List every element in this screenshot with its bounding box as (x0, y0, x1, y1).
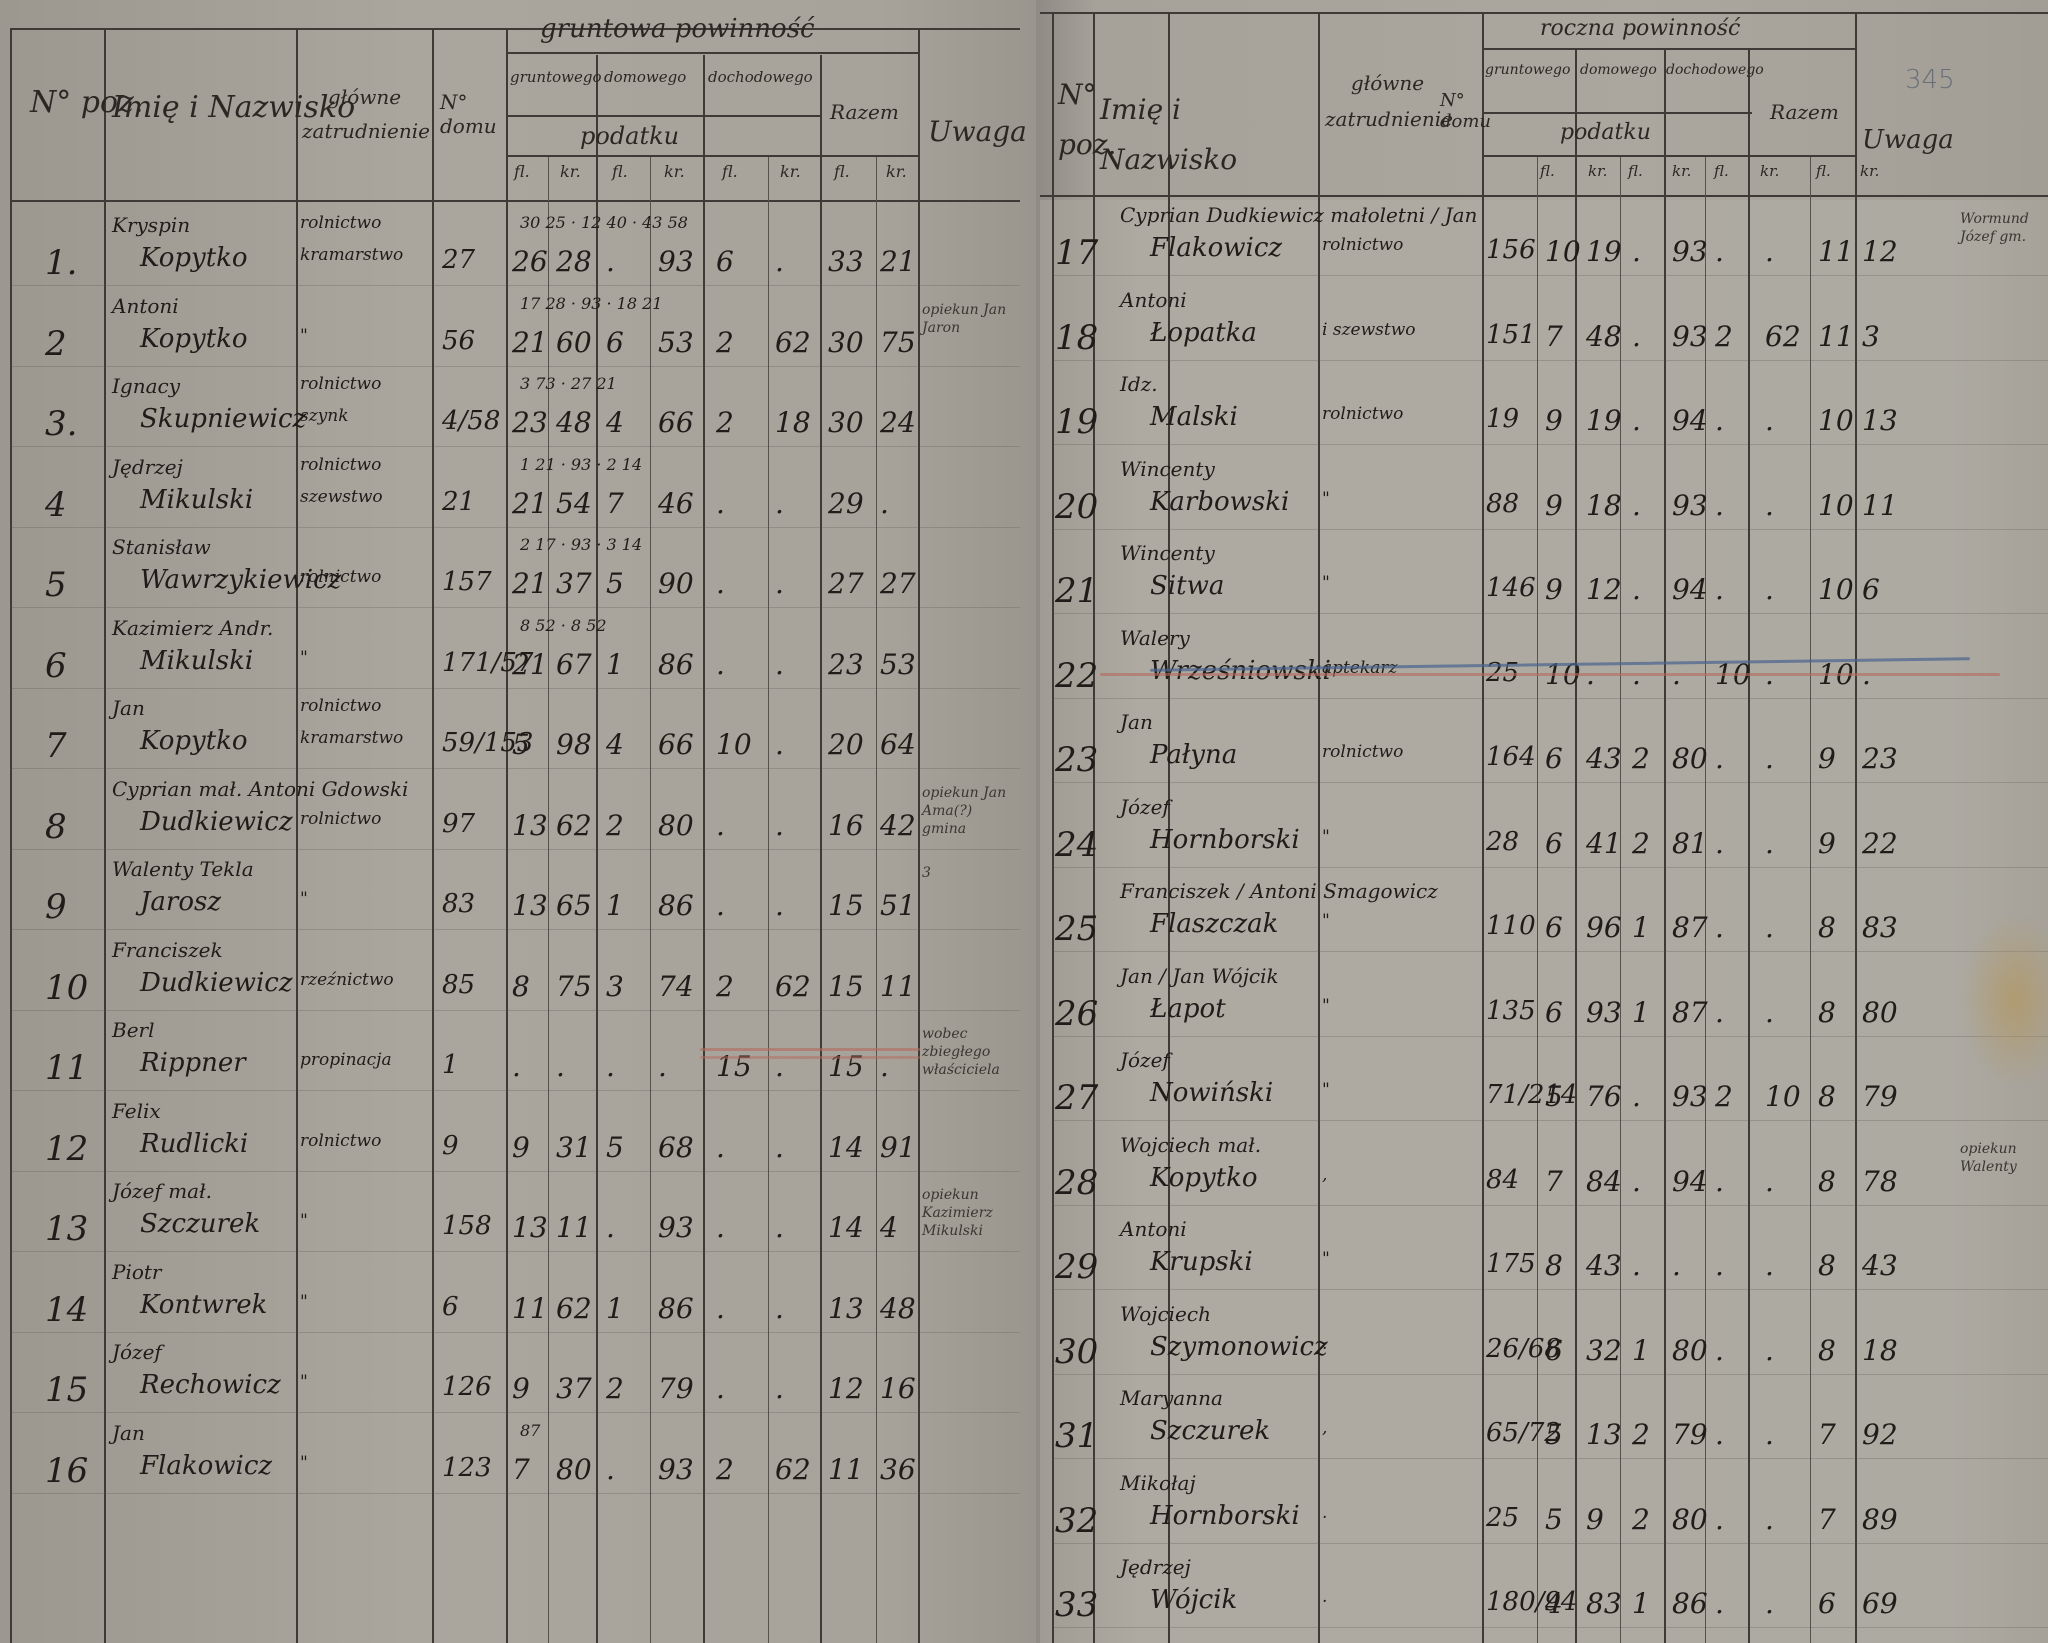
income-tax-kr: . (775, 728, 784, 761)
occupation: szewstwo (300, 487, 383, 507)
first-name: Józef mał. (112, 1179, 212, 1203)
house-number: 175 (1486, 1249, 1536, 1279)
land-tax-kr: 60 (556, 326, 592, 359)
total-fl: 7 (1818, 1503, 1836, 1536)
house-number: 1 (442, 1050, 459, 1080)
income-tax-fl: . (716, 567, 725, 600)
header-kr: kr. (1760, 162, 1779, 180)
income-tax-fl: . (1715, 573, 1724, 606)
land-tax-kr: 37 (556, 1372, 592, 1405)
land-tax-fl: 5 (1545, 1418, 1563, 1451)
total-fl: 7 (1818, 1418, 1836, 1451)
occupation: " (1322, 573, 1330, 593)
total-kr: 11 (880, 970, 916, 1003)
land-tax-fl: 13 (512, 1211, 548, 1244)
surname: Mikulski (140, 646, 253, 676)
total-fl: 30 (828, 406, 864, 439)
header-gruntowego: gruntowego (1485, 62, 1570, 78)
total-kr: . (880, 487, 889, 520)
house-tax-fl: . (606, 1050, 615, 1083)
income-tax-kr: . (775, 809, 784, 842)
land-tax-fl: 9 (1545, 573, 1563, 606)
land-tax-kr: 12 (1586, 573, 1622, 606)
header-occupation: główne zatrudnienie (302, 80, 427, 148)
first-name: Wincenty (1120, 457, 1215, 481)
row-rule (10, 446, 1020, 447)
house-tax-kr: 79 (658, 1372, 694, 1405)
house-number: 156 (1486, 235, 1536, 265)
occupation: " (300, 1211, 308, 1231)
income-tax-kr: 18 (775, 406, 811, 439)
surname: Pałyna (1150, 740, 1237, 770)
surname: Szczurek (140, 1209, 260, 1239)
row-rule (1052, 782, 2048, 783)
house-tax-kr: 68 (658, 1131, 694, 1164)
land-tax-fl: 6 (1545, 911, 1563, 944)
first-name: Franciszek / Antoni Smagowicz (1120, 879, 1438, 903)
row-rule (10, 1171, 1020, 1172)
header-fl: fl. (1540, 162, 1555, 180)
house-tax-kr: 93 (658, 245, 694, 278)
house-tax-fl: 2 (606, 1372, 624, 1405)
row-rule (1052, 1543, 2048, 1544)
land-tax-kr: 84 (1586, 1165, 1622, 1198)
income-tax-fl: . (1715, 1418, 1724, 1451)
house-tax-kr: 86 (658, 889, 694, 922)
land-tax-kr: 13 (1586, 1418, 1622, 1451)
house-number: 151 (1486, 320, 1536, 350)
total-fl: 8 (1818, 996, 1836, 1029)
row-rule (1052, 867, 2048, 868)
house-number: 88 (1486, 489, 1519, 519)
house-tax-fl: 1 (606, 889, 624, 922)
income-tax-fl: . (716, 1211, 725, 1244)
total-kr: 89 (1862, 1503, 1898, 1536)
row-number: 8 (45, 807, 67, 847)
house-number: 27 (442, 245, 475, 275)
remark-note: wobec zbiegłego właściciela (922, 1025, 1017, 1079)
surname: Wójcik (1150, 1585, 1237, 1615)
header-fl: fl. (722, 162, 738, 181)
row-number: 28 (1055, 1163, 1098, 1203)
total-kr: 83 (1862, 911, 1898, 944)
header-house-nr: N° domu (440, 90, 502, 138)
header-group-title: roczna powinność (1540, 16, 1740, 41)
row-rule (1052, 1036, 2048, 1037)
total-fl: 6 (1818, 1587, 1836, 1620)
land-tax-fl: 10 (1545, 235, 1581, 268)
house-number: 9 (442, 1131, 459, 1161)
land-tax-kr: 19 (1586, 404, 1622, 437)
income-tax-kr: . (1765, 996, 1774, 1029)
land-tax-kr: 37 (556, 567, 592, 600)
row-number: 14 (45, 1290, 88, 1330)
total-fl: 10 (1818, 573, 1854, 606)
occupation: " (300, 1292, 308, 1312)
first-name: Jan / Jan Wójcik (1120, 964, 1279, 988)
total-fl: 10 (1818, 489, 1854, 522)
income-tax-fl: 2 (716, 970, 734, 1003)
first-name: Cyprian Dudkiewicz małoletni / Jan (1120, 203, 1477, 227)
remark-note: opiekun Walenty (1960, 1140, 2048, 1176)
occupation: " (300, 889, 308, 909)
house-tax-kr: 94 (1672, 1165, 1708, 1198)
house-tax-kr: 80 (1672, 742, 1708, 775)
land-tax-kr: 28 (556, 245, 592, 278)
row-number: 12 (45, 1129, 88, 1169)
header-house-nr: N° domu (1440, 90, 1480, 132)
header-fl: fl. (1816, 162, 1831, 180)
header-fl: fl. (514, 162, 530, 181)
total-fl: 8 (1818, 1334, 1836, 1367)
house-tax-kr: 86 (1672, 1587, 1708, 1620)
surname: Kopytko (140, 324, 248, 354)
first-name: Idz. (1120, 372, 1158, 396)
row-rule (1052, 1458, 2048, 1459)
header-fl: fl. (834, 162, 850, 181)
total-kr: 69 (1862, 1587, 1898, 1620)
header-kr: kr. (1672, 162, 1691, 180)
row-rule (1052, 1627, 2048, 1628)
total-kr: 64 (880, 728, 916, 761)
house-tax-kr: 94 (1672, 573, 1708, 606)
red-pencil-strike (700, 1056, 920, 1059)
house-tax-fl: . (1632, 320, 1641, 353)
total-fl: 9 (1818, 827, 1836, 860)
land-tax-fl: 6 (1545, 827, 1563, 860)
land-tax-fl: 8 (512, 970, 530, 1003)
header-name: Imię i Nazwisko (1100, 85, 1260, 185)
surname: Kopytko (1150, 1163, 1258, 1193)
total-kr: 23 (1862, 742, 1898, 775)
header-kr: kr. (1860, 162, 1879, 180)
header-razem: Razem (1770, 100, 1839, 124)
land-tax-kr: 48 (556, 406, 592, 439)
land-tax-kr: 80 (556, 1453, 592, 1486)
occupation: " (1322, 1080, 1330, 1100)
surname: Flaszczak (1150, 909, 1278, 939)
land-tax-fl: 5 (512, 728, 530, 761)
land-tax-fl: 13 (512, 889, 548, 922)
surname: Kontwrek (140, 1290, 267, 1320)
total-kr: 43 (1862, 1249, 1898, 1282)
total-kr: 13 (1862, 404, 1898, 437)
land-tax-fl: 6 (1545, 996, 1563, 1029)
header-fl: fl. (612, 162, 628, 181)
income-tax-fl: . (1715, 1587, 1724, 1620)
row-rule (1052, 1374, 2048, 1375)
row-number: 13 (45, 1209, 88, 1249)
first-name: Kryspin (112, 213, 190, 237)
surname: Rippner (140, 1048, 246, 1078)
land-tax-kr: 65 (556, 889, 592, 922)
house-number: 84 (1486, 1165, 1519, 1195)
occupation: rolnictwo (1322, 742, 1403, 762)
first-name: Berl (112, 1018, 155, 1042)
house-tax-kr: 86 (658, 648, 694, 681)
total-kr: 3 (1862, 320, 1880, 353)
total-fl: 23 (828, 648, 864, 681)
total-fl: 11 (828, 1453, 864, 1486)
total-fl: 30 (828, 326, 864, 359)
land-tax-fl: 5 (1545, 1080, 1563, 1113)
surname: Skupniewicz (140, 404, 306, 434)
total-kr: 27 (880, 567, 916, 600)
income-tax-kr: . (1765, 404, 1774, 437)
header-kr: kr. (780, 162, 801, 181)
row-rule (10, 285, 1020, 286)
occupation: . (1322, 1503, 1327, 1523)
occupation-line1: rolnictwo (300, 213, 381, 233)
land-tax-kr: 32 (1586, 1334, 1622, 1367)
house-tax-fl: 1 (1632, 996, 1650, 1029)
occupation: " (1322, 1249, 1330, 1269)
land-tax-kr: 96 (1586, 911, 1622, 944)
occupation: rolnictwo (1322, 404, 1403, 424)
land-tax-fl: 7 (512, 1453, 530, 1486)
header-fl: fl. (1714, 162, 1729, 180)
row-number: 17 (1055, 233, 1098, 273)
land-tax-kr: 41 (1586, 827, 1622, 860)
surname: Hornborski (1150, 825, 1300, 855)
row-number: 6 (45, 646, 67, 686)
income-tax-kr: . (1765, 1165, 1774, 1198)
land-tax-fl: 9 (1545, 404, 1563, 437)
occupation: kramarstwo (300, 245, 403, 265)
income-tax-kr: 10 (1765, 1080, 1801, 1113)
total-fl: 14 (828, 1131, 864, 1164)
income-tax-fl: . (1715, 742, 1724, 775)
surname: Kopytko (140, 726, 248, 756)
row-rule (1052, 613, 2048, 614)
land-tax-kr: 76 (1586, 1080, 1622, 1113)
row-rule (10, 527, 1020, 528)
occupation-line1: rolnictwo (300, 374, 381, 394)
total-fl: 33 (828, 245, 864, 278)
row-number: 21 (1055, 571, 1098, 611)
total-fl: 9 (1818, 742, 1836, 775)
house-tax-kr: 93 (1672, 320, 1708, 353)
total-kr: 91 (880, 1131, 916, 1164)
row-rule (10, 768, 1020, 769)
surname: Krupski (1150, 1247, 1253, 1277)
row-rule (10, 366, 1020, 367)
row-rule (1052, 951, 2048, 952)
house-tax-fl: . (1632, 489, 1641, 522)
surname: Malski (1150, 402, 1238, 432)
occupation: rolnictwo (300, 1131, 381, 1151)
remark-note: opiekun Kazimierz Mikulski (922, 1186, 1017, 1240)
row-number: 18 (1055, 318, 1098, 358)
total-kr: 79 (1862, 1080, 1898, 1113)
total-kr: 36 (880, 1453, 916, 1486)
total-kr: 80 (1862, 996, 1898, 1029)
total-fl: 11 (1818, 320, 1854, 353)
row-number: 16 (45, 1451, 88, 1491)
header-fl: fl. (1628, 162, 1643, 180)
income-tax-fl: 2 (716, 326, 734, 359)
row-rule (10, 688, 1020, 689)
row-number: 19 (1055, 402, 1098, 442)
row-number: 3. (45, 404, 77, 444)
house-number: 135 (1486, 996, 1536, 1026)
house-tax-kr: 80 (658, 809, 694, 842)
first-name: Antoni (112, 294, 179, 318)
first-name: Franciszek (112, 938, 223, 962)
income-tax-kr: . (775, 889, 784, 922)
house-tax-fl: . (1632, 1165, 1641, 1198)
occupation: " (1322, 827, 1330, 847)
row-number: 32 (1055, 1501, 1098, 1541)
first-name: Jędrzej (1120, 1555, 1191, 1579)
row-rule (10, 1493, 1020, 1494)
house-number: 164 (1486, 742, 1536, 772)
income-tax-fl: . (1715, 1249, 1724, 1282)
first-name: Jan (112, 1421, 145, 1445)
land-tax-fl: 11 (512, 1292, 548, 1325)
header-domowego: domowego (1580, 62, 1657, 78)
house-tax-fl: 1 (606, 1292, 624, 1325)
house-tax-kr: 93 (1672, 489, 1708, 522)
land-tax-fl: 21 (512, 326, 548, 359)
land-tax-kr: 43 (1586, 742, 1622, 775)
house-tax-fl: 4 (606, 728, 624, 761)
house-tax-fl: . (1632, 1249, 1641, 1282)
surname: Szymonowicz (1150, 1332, 1328, 1362)
house-tax-kr: 66 (658, 728, 694, 761)
land-tax-fl: 7 (1545, 1165, 1563, 1198)
row-number: 31 (1055, 1416, 1098, 1456)
first-name: Piotr (112, 1260, 162, 1284)
total-kr: 21 (880, 245, 916, 278)
row-number: 27 (1055, 1078, 1098, 1118)
house-number: 85 (442, 970, 475, 1000)
income-tax-fl: 6 (716, 245, 734, 278)
income-tax-kr: . (1765, 573, 1774, 606)
occupation: rolnictwo (300, 809, 381, 829)
total-fl: 11 (1818, 235, 1854, 268)
total-kr: 53 (880, 648, 916, 681)
land-tax-fl: . (512, 1050, 521, 1083)
row-number: 24 (1055, 825, 1098, 865)
land-tax-fl: 6 (1545, 1334, 1563, 1367)
total-fl: 16 (828, 809, 864, 842)
land-tax-kr: 54 (556, 487, 592, 520)
occupation-line1: rolnictwo (300, 455, 381, 475)
remark-note: opiekun Jan Ama(?) gmina (922, 784, 1017, 838)
land-tax-kr: 62 (556, 1292, 592, 1325)
total-kr: 92 (1862, 1418, 1898, 1451)
first-name: Felix (112, 1099, 161, 1123)
surname: Hornborski (1150, 1501, 1300, 1531)
remark-note: Wormund Józef gm. (1960, 210, 2048, 246)
first-name: Kazimierz Andr. (112, 616, 273, 640)
occupation: , (1322, 1418, 1327, 1438)
land-tax-kr: 9 (1586, 1503, 1604, 1536)
pencil-correction: 30 25 · 12 40 · 43 58 (520, 213, 688, 232)
house-tax-kr: 87 (1672, 911, 1708, 944)
land-tax-fl: 7 (1545, 320, 1563, 353)
house-tax-kr: 87 (1672, 996, 1708, 1029)
row-number: 26 (1055, 994, 1098, 1034)
income-tax-kr: . (775, 567, 784, 600)
house-number: 157 (442, 567, 492, 597)
land-tax-kr: 62 (556, 809, 592, 842)
house-number: 56 (442, 326, 475, 356)
income-tax-fl: . (716, 648, 725, 681)
land-tax-kr: 75 (556, 970, 592, 1003)
house-number: 158 (442, 1211, 492, 1241)
income-tax-fl: . (1715, 911, 1724, 944)
surname: Łopatka (1150, 318, 1257, 348)
row-number: 5 (45, 565, 67, 605)
header-kr: kr. (664, 162, 685, 181)
total-fl: 14 (828, 1211, 864, 1244)
house-tax-fl: 1 (606, 648, 624, 681)
land-tax-fl: 6 (1545, 742, 1563, 775)
first-name: Antoni (1120, 288, 1187, 312)
house-tax-fl: 1 (1632, 1587, 1650, 1620)
first-name: Mikołaj (1120, 1471, 1196, 1495)
total-kr: 75 (880, 326, 916, 359)
occupation: " (300, 1372, 308, 1392)
surname: Flakowicz (1150, 233, 1282, 263)
first-name: Antoni (1120, 1217, 1187, 1241)
land-tax-fl: 26 (512, 245, 548, 278)
house-tax-fl: 3 (606, 970, 624, 1003)
header-uwaga: Uwaga (1862, 125, 1954, 155)
row-rule (1052, 360, 2048, 361)
row-number: 20 (1055, 487, 1098, 527)
header-dochodowego: dochodowego (708, 68, 813, 86)
income-tax-kr: . (775, 1372, 784, 1405)
house-tax-fl: 2 (1632, 827, 1650, 860)
house-tax-kr: 80 (1672, 1334, 1708, 1367)
land-tax-fl: 13 (512, 809, 548, 842)
house-tax-fl: . (606, 1453, 615, 1486)
total-kr: 51 (880, 889, 916, 922)
income-tax-fl: 15 (716, 1050, 752, 1083)
land-tax-fl: 5 (1545, 1503, 1563, 1536)
row-rule (10, 1332, 1020, 1333)
house-tax-fl: . (1632, 573, 1641, 606)
header-uwaga: Uwaga (928, 115, 1027, 148)
row-number: 2 (45, 324, 67, 364)
row-number: 10 (45, 968, 88, 1008)
land-tax-kr: 31 (556, 1131, 592, 1164)
row-rule (1052, 1205, 2048, 1206)
income-tax-fl: . (1715, 1165, 1724, 1198)
total-fl: 20 (828, 728, 864, 761)
land-tax-fl: 21 (512, 567, 548, 600)
occupation: szynk (300, 406, 349, 426)
row-rule (1052, 698, 2048, 699)
row-number: 33 (1055, 1585, 1098, 1625)
income-tax-fl: . (716, 809, 725, 842)
surname: Nowiński (1150, 1078, 1273, 1108)
row-number: 1. (45, 243, 77, 283)
total-kr: 78 (1862, 1165, 1898, 1198)
house-tax-kr: 93 (1672, 1080, 1708, 1113)
first-name: Wojciech mał. (1120, 1133, 1261, 1157)
income-tax-kr: . (775, 245, 784, 278)
house-tax-kr: . (1672, 1249, 1681, 1282)
income-tax-fl: 10 (716, 728, 752, 761)
house-tax-fl: 5 (606, 1131, 624, 1164)
occupation: " (300, 326, 308, 346)
total-kr: 22 (1862, 827, 1898, 860)
total-kr: 6 (1862, 573, 1880, 606)
